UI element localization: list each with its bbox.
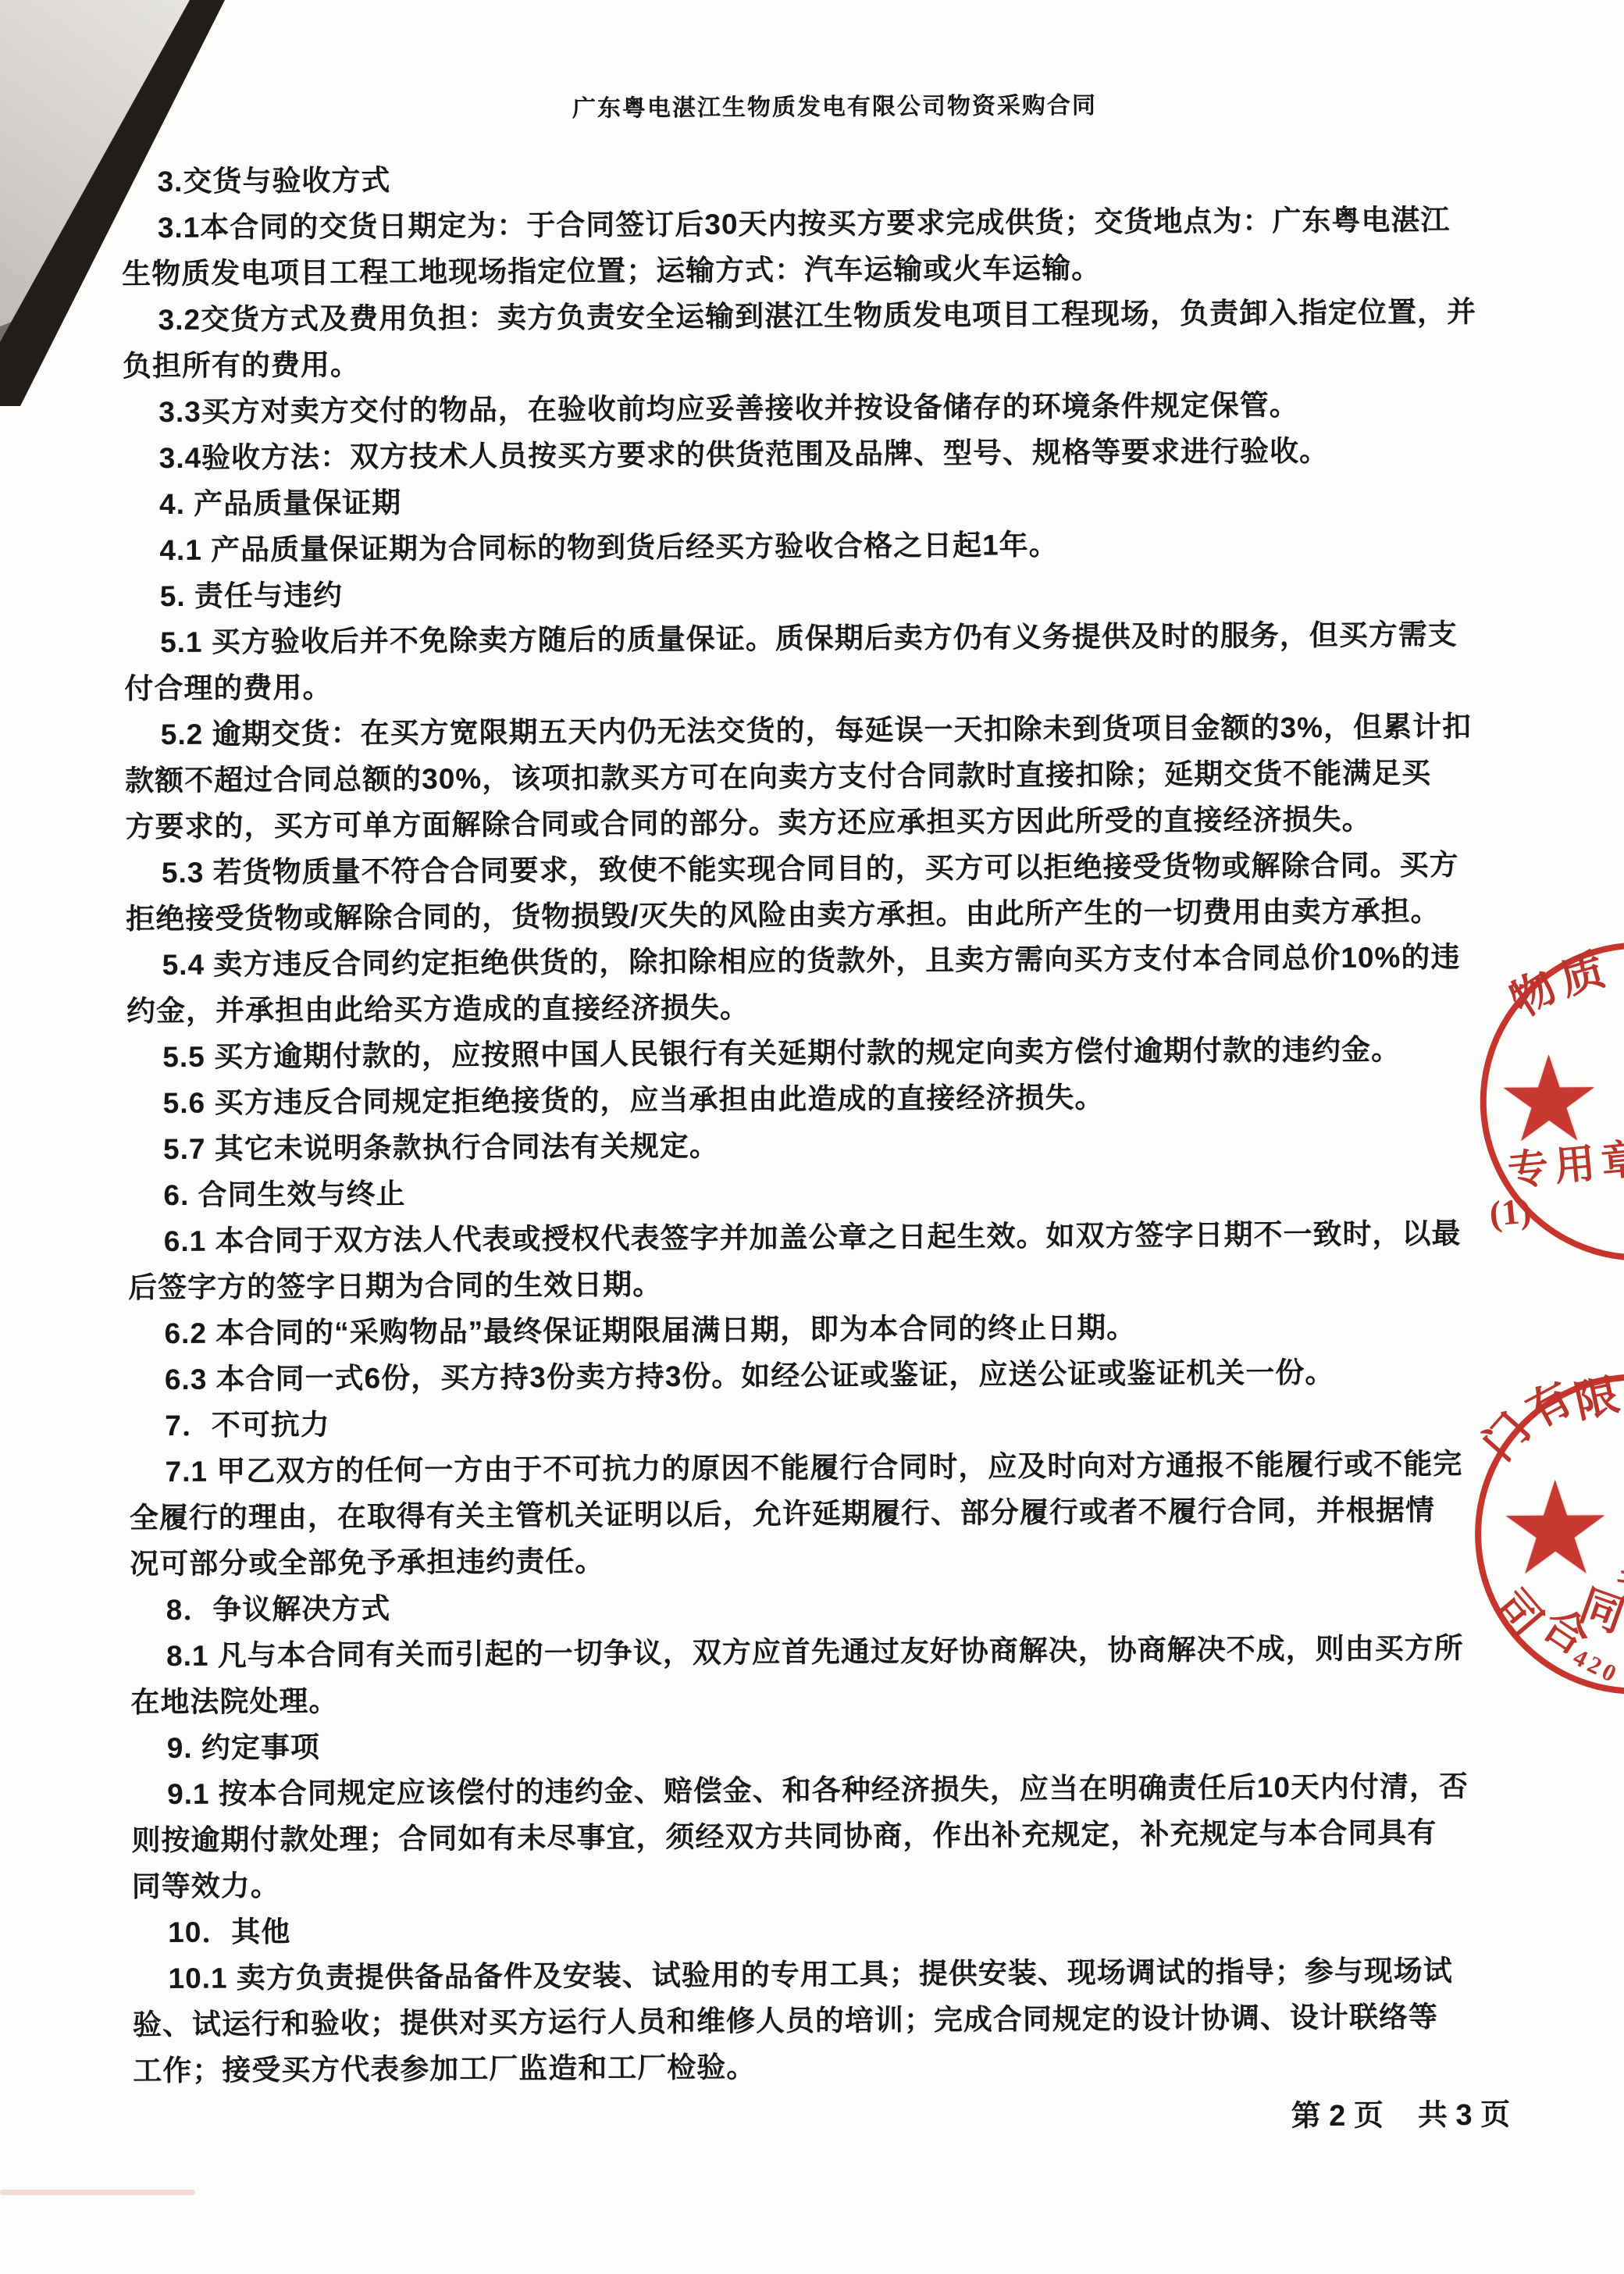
text-line: 5.6 买方违反合同规定拒绝接货的，应当承担由此造成的直接经济损失。 (127, 1071, 1525, 1126)
text-line: 10.1 卖方负责提供备品备件及安装、试验用的专用工具；提供安装、现场调试的指导… (132, 1947, 1530, 2001)
text-line: 后签字方的签字日期为合同的生效日期。 (128, 1256, 1526, 1310)
text-line: 6.2 本合同的“采购物品”最终保证期限届满日期，即为本合同的终止日期。 (128, 1302, 1526, 1356)
text-line: 则按逾期付款处理；合同如有未尽事宜，须经双方共同协商，作出补充规定，补充规定与本… (131, 1809, 1529, 1863)
text-line: 7.1 甲乙双方的任何一方由于不可抗力的原因不能履行合同时，应及时向对方通报不能… (129, 1440, 1526, 1495)
seal-arc-char: 合 (1535, 1602, 1596, 1663)
text-line: 7．不可抗力 (129, 1394, 1526, 1449)
seal-arc-char: 专 (1612, 1565, 1624, 1614)
text-line: 10．其他 (132, 1901, 1530, 1955)
text-line: 约金，并承担由此给买方造成的直接经济损失。 (126, 979, 1524, 1034)
seal-arc-char: 有 (1520, 1376, 1579, 1435)
text-line: 5.2 逾期交货：在买方宽限期五天内仍无法交货的，每延误一天扣除未到货项目金额的… (125, 703, 1522, 757)
text-line: 4.1 产品质量保证期为合同标的物到货后经买方验收合格之日起1年。 (123, 519, 1521, 573)
text-line: 5.7 其它未说明条款执行合同法有关规定。 (127, 1117, 1525, 1172)
text-line: 4. 产品质量保证期 (123, 472, 1521, 527)
text-line: 5.4 卖方违反合同约定拒绝供货的，除扣除相应的货款外，且卖方需向买方支付本合同… (126, 933, 1523, 988)
document-title: 广东粤电湛江生物质发电有限公司物资采购合同 (0, 83, 1618, 127)
text-line: 3.2交货方式及费用负担：卖方负责安全运输到湛江生物质发电项目工程现场，负责卸入… (122, 288, 1519, 343)
text-line: 方要求的，买方可单方面解除合同或合同的部分。卖方还应承担买方因此所受的直接经济损… (125, 795, 1522, 850)
text-line: 9. 约定事项 (131, 1716, 1529, 1771)
text-line: 况可部分或全部免予承担违约责任。 (130, 1532, 1527, 1587)
text-line: 拒绝接受货物或解除合同的，货物损毁/灭失的风险由卖方承担。由此所产生的一切费用由… (126, 887, 1523, 942)
page-footer: 第 2 页 共 3 页 (1291, 2090, 1510, 2135)
text-line: 5.1 买方验收后并不免除卖方随后的质量保证。质保期后卖方仍有义务提供及时的服务… (124, 611, 1522, 665)
text-line: 6. 合同生效与终止 (127, 1164, 1525, 1218)
text-line: 8.1 凡与本合同有关而引起的一切争议，双方应首先通过友好协商解决，协商解决不成… (130, 1624, 1528, 1679)
text-line: 3.4验收方法：双方技术人员按买方要求的供货范围及品牌、型号、规格等要求进行验收… (123, 426, 1520, 481)
seal-arc-char: 限 (1571, 1374, 1623, 1426)
text-line: 负担所有的费用。 (123, 334, 1520, 389)
text-line: 款额不超过合同总额的30%，该项扣款买方可在向卖方支付合同款时直接扣除；延期交货… (125, 749, 1522, 804)
text-line: 3.1本合同的交货日期定为：于合同签订后30天内按买方要求完成供货；交货地点为：… (122, 196, 1519, 251)
text-line: 3.交货与验收方式 (121, 150, 1519, 205)
page-number: 第 2 页 (1291, 2091, 1384, 2135)
seal-code: 420 (1569, 1645, 1623, 1688)
text-line: 6.3 本合同一式6份，买方持3份卖方持3份。如经公证或鉴证，应送公证或鉴证机关… (129, 1348, 1526, 1403)
text-line: 在地法院处理。 (130, 1670, 1528, 1725)
contract-body: 3.交货与验收方式3.1本合同的交货日期定为：于合同签订后30天内按买方要求完成… (121, 150, 1530, 2094)
text-line: 6.1 本合同于双方法人代表或授权代表签字并加盖公章之日起生效。如双方签字日期不… (128, 1210, 1526, 1264)
text-line: 5. 责任与违约 (124, 565, 1522, 619)
page-total: 共 3 页 (1418, 2090, 1511, 2134)
text-line: 5.3 若货物质量不符合合同要求，致使不能实现合同目的，买方可以拒绝接受货物或解… (126, 841, 1523, 896)
text-line: 3.3买方对卖方交付的物品，在验收前均应妥善接收并按设备储存的环境条件规定保管。 (123, 380, 1520, 435)
text-line: 8．争议解决方式 (130, 1578, 1528, 1633)
text-line: 付合理的费用。 (124, 657, 1522, 711)
seal-arc-char: 同 (1574, 1584, 1624, 1640)
scanned-contract-page: 广东粤电湛江生物质发电有限公司物资采购合同 3.交货与验收方式3.1本合同的交货… (0, 0, 1624, 2274)
seal-arc-char: 质 (1555, 948, 1609, 1002)
text-line: 生物质发电项目工程工地现场指定位置；运输方式：汽车运输或火车运输。 (122, 242, 1519, 297)
text-line: 同等效力。 (132, 1855, 1530, 1909)
text-line: 验、试运行和验收；提供对买方运行人员和维修人员的培训；完成合同规定的设计协调、设… (133, 1993, 1530, 2048)
text-line: 工作；接受买方代表参加工厂监造和工厂检验。 (133, 2039, 1530, 2094)
text-line: 全履行的理由，在取得有关主管机关证明以后，允许延期履行、部分履行或者不履行合同，… (130, 1486, 1527, 1541)
text-line: 5.5 买方逾期付款的，应按照中国人民银行有关延期付款的规定向卖方偿付逾期付款的… (126, 1025, 1524, 1080)
text-line: 9.1 按本合同规定应该偿付的违约金、赔偿金、和各种经济损失，应当在明确责任后1… (131, 1763, 1529, 1817)
